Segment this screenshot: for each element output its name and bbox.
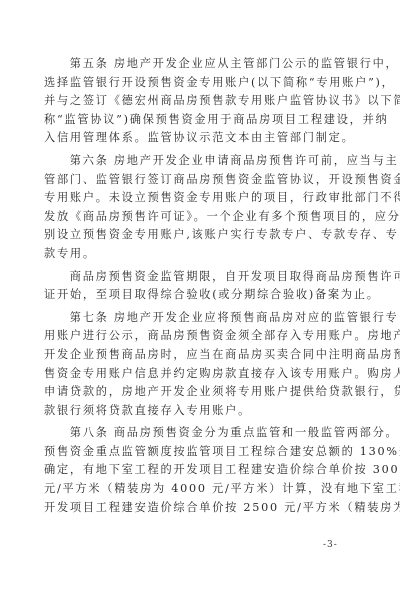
article-7-paragraph: 第七条 房地产开发企业应将预售商品房对应的监管银行专 用账户进行公示，商品房预售… — [44, 309, 366, 421]
text-line: 第五条 房地产开发企业应从主管部门公示的监管银行中， — [44, 55, 366, 74]
page-number: -3- — [323, 540, 338, 550]
text-line: 申请贷款的，房地产开发企业须将专用账户提供给贷款银行，贷 — [44, 383, 366, 402]
text-line: 入信用管理体系。监管协议示范文本由主管部门制定。 — [44, 129, 366, 148]
text-line: 预售资金重点监管额度按监管项目工程综合建安总额的 130%来 — [44, 443, 366, 462]
text-line: 用账户进行公示，商品房预售资金须全部存入专用账户。房地产 — [44, 327, 366, 346]
supervision-period-paragraph: 商品房预售资金监管期限，自开发项目取得商品房预售许可 证开始，至项目取得综合验收… — [44, 268, 366, 305]
text-line: 第七条 房地产开发企业应将预售商品房对应的监管银行专 — [44, 309, 366, 328]
article-5-paragraph: 第五条 房地产开发企业应从主管部门公示的监管银行中， 选择监管银行开设预售资金专… — [44, 55, 366, 148]
text-line: 专用账户。未设立预售资金专用账户的项目，行政审批部门不得 — [44, 189, 366, 208]
text-line: 发放《商品房预售许可证》。一个企业有多个预售项目的，应分 — [44, 208, 366, 227]
text-line: 证开始，至项目取得综合验收(或分期综合验收)备案为止。 — [44, 286, 366, 305]
text-line: 选择监管银行开设预售资金专用账户(以下简称“专用账户”)， — [44, 74, 366, 93]
text-line: 管部门、监管银行签订商品房预售资金监管协议，开设预售资金 — [44, 171, 366, 190]
text-line: 确定，有地下室工程的开发项目工程建安造价综合单价按 3000 — [44, 461, 366, 480]
text-line: 售资金专用账户信息并约定购房款直接存入该专用账户。购房人 — [44, 365, 366, 384]
text-line: 款银行须将贷款直接存入专用账户。 — [44, 402, 366, 421]
text-line: 元/平方米（精装房为 4000 元/平方米）计算，没有地下室工程的 — [44, 480, 366, 499]
text-line: 开发企业预售商品房时，应当在商品房买卖合同中注明商品房预 — [44, 346, 366, 365]
document-page: 第五条 房地产开发企业应从主管部门公示的监管银行中， 选择监管银行开设预售资金专… — [44, 55, 366, 521]
text-line: 称“监管协议”)确保预售资金用于商品房项目工程建设，并纳 — [44, 111, 366, 130]
text-line: 并与之签订《德宏州商品房预售款专用账户监管协议书》以下简 — [44, 92, 366, 111]
text-line: 商品房预售资金监管期限，自开发项目取得商品房预售许可 — [44, 268, 366, 287]
text-line: 别设立预售资金专用账户,该账户实行专款专户、专款专存、专 — [44, 226, 366, 245]
article-8-paragraph: 第八条 商品房预售资金分为重点监管和一般监管两部分。 预售资金重点监管额度按监管… — [44, 424, 366, 517]
text-line: 第六条 房地产开发企业申请商品房预售许可前，应当与主 — [44, 152, 366, 171]
text-line: 开发项目工程建安造价综合单价按 2500 元/平方米（精装房为 — [44, 499, 366, 518]
text-line: 第八条 商品房预售资金分为重点监管和一般监管两部分。 — [44, 424, 366, 443]
article-6-paragraph: 第六条 房地产开发企业申请商品房预售许可前，应当与主 管部门、监管银行签订商品房… — [44, 152, 366, 264]
text-line: 款专用。 — [44, 245, 366, 264]
